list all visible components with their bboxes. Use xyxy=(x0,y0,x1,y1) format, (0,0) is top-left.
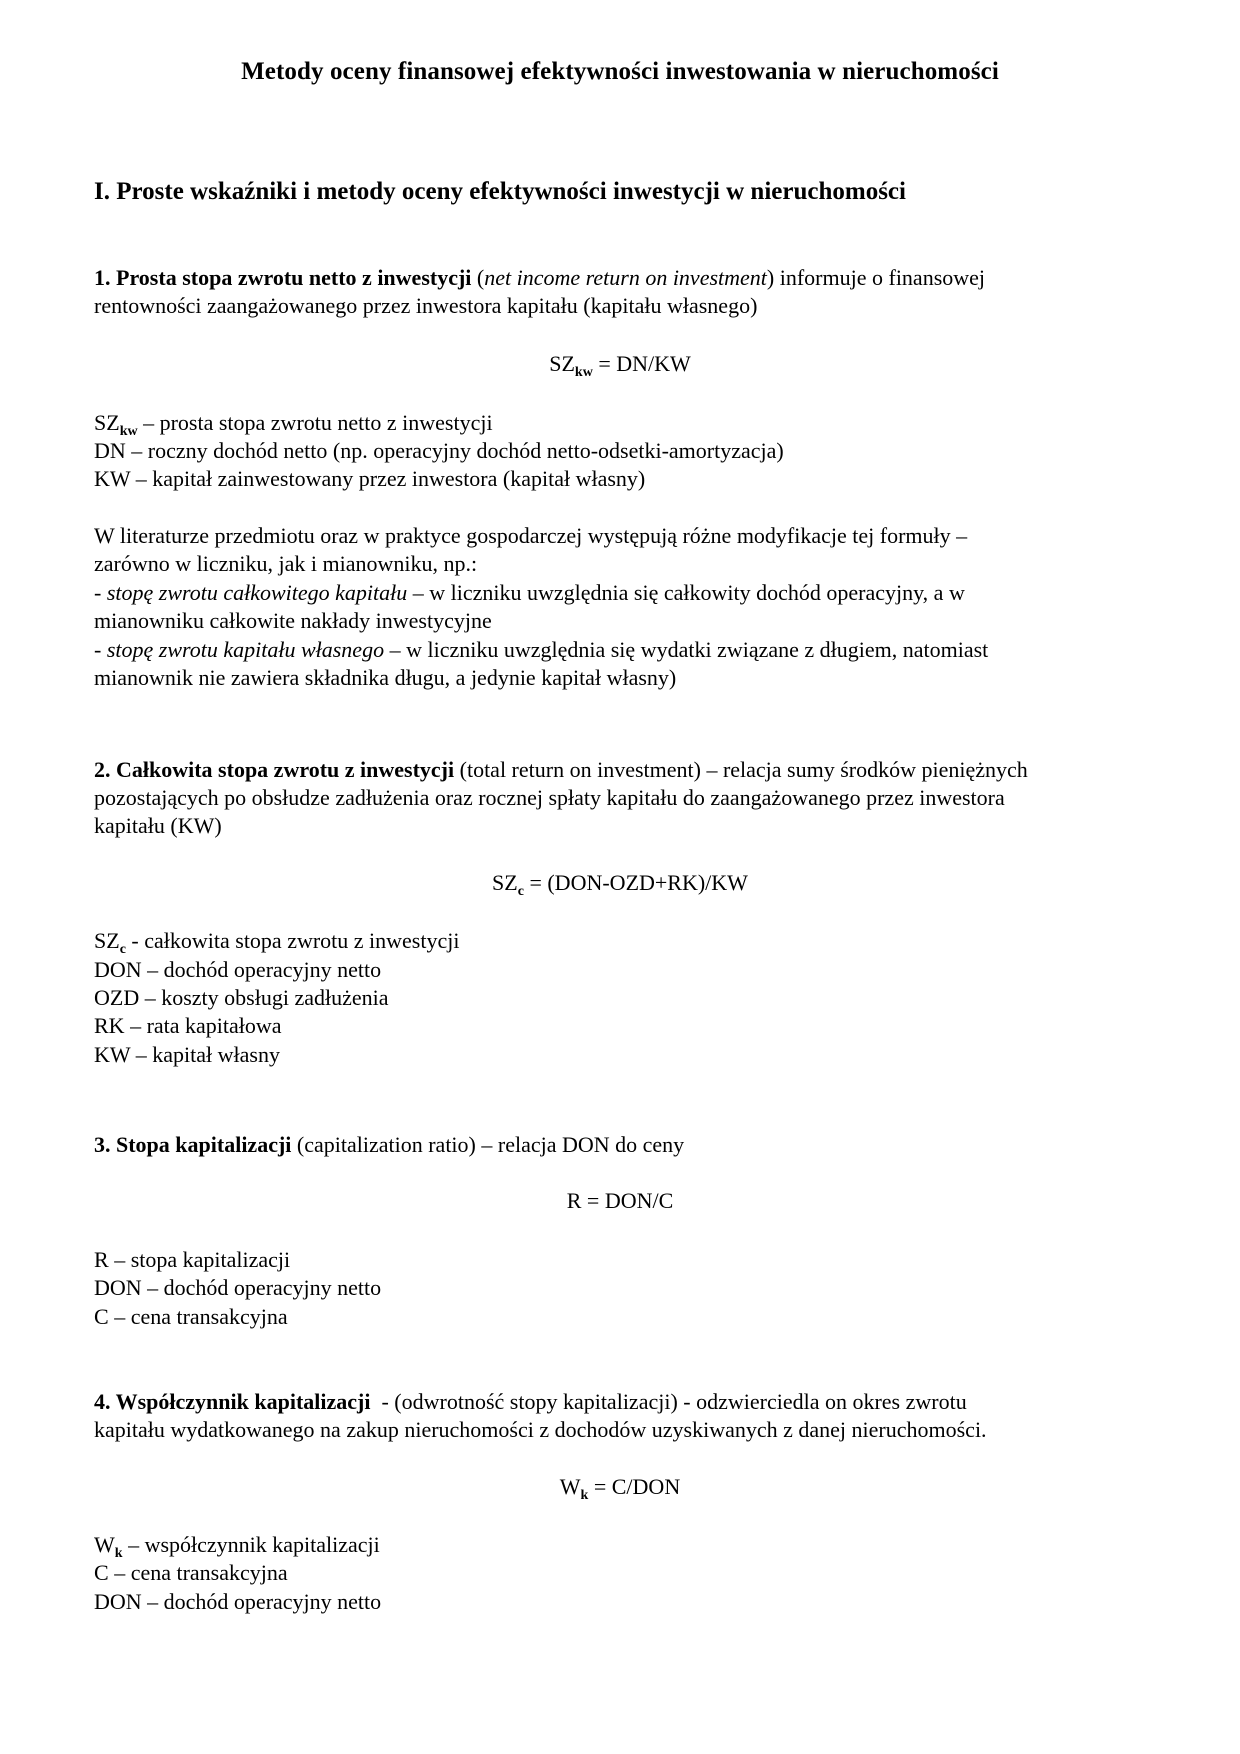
document-page: Metody oceny finansowej efektywności inw… xyxy=(0,0,1240,1754)
section-4-title: 4. Współczynnik kapitalizacji xyxy=(94,1389,370,1414)
section-2-intro-line: pozostających po obsłudze zadłużenia ora… xyxy=(94,784,1005,812)
section-2-intro-line: kapitału (KW) xyxy=(94,812,222,840)
notes-bullet: - stopę zwrotu całkowitego kapitału – w … xyxy=(94,579,965,607)
section-heading: I. Proste wskaźniki i metody oceny efekt… xyxy=(94,178,906,206)
section-1-formula: SZkw = DN/KW xyxy=(0,351,1240,381)
definition-item: DON – dochód operacyjny netto xyxy=(94,956,381,984)
section-4-intro-line: kapitału wydatkowanego na zakup nierucho… xyxy=(94,1416,987,1444)
definition-item: OZD – koszty obsługi zadłużenia xyxy=(94,984,389,1012)
definition-item: C – cena transakcyjna xyxy=(94,1303,288,1331)
section-3-formula: R = DON/C xyxy=(0,1188,1240,1214)
section-1-english-term: net income return on investment xyxy=(484,265,767,290)
definition-item: RK – rata kapitałowa xyxy=(94,1012,282,1040)
notes-paragraph: zarówno w liczniku, jak i mianowniku, np… xyxy=(94,550,477,578)
definition-item: DN – roczny dochód netto (np. operacyjny… xyxy=(94,437,784,465)
section-4-heading: 4. Współczynnik kapitalizacji - (odwrotn… xyxy=(94,1388,967,1416)
notes-bullet-continuation: mianowniku całkowite nakłady inwestycyjn… xyxy=(94,607,492,635)
definition-item: KW – kapitał zainwestowany przez inwesto… xyxy=(94,465,645,493)
document-title: Metody oceny finansowej efektywności inw… xyxy=(0,58,1240,86)
notes-bullet: - stopę zwrotu kapitału własnego – w lic… xyxy=(94,636,988,664)
section-3-heading: 3. Stopa kapitalizacji (capitalization r… xyxy=(94,1131,684,1159)
definition-item: DON – dochód operacyjny netto xyxy=(94,1588,381,1616)
section-1-title: 1. Prosta stopa zwrotu netto z inwestycj… xyxy=(94,265,471,290)
section-4-formula: Wk = C/DON xyxy=(0,1474,1240,1504)
section-1-heading: 1. Prosta stopa zwrotu netto z inwestycj… xyxy=(94,264,985,292)
notes-bullet-continuation: mianownik nie zawiera składnika długu, a… xyxy=(94,664,676,692)
definition-item: R – stopa kapitalizacji xyxy=(94,1246,290,1274)
notes-paragraph: W literaturze przedmiotu oraz w praktyce… xyxy=(94,522,967,550)
definition-item: DON – dochód operacyjny netto xyxy=(94,1274,381,1302)
section-2-title: 2. Całkowita stopa zwrotu z inwestycji xyxy=(94,757,454,782)
section-2-formula: SZc = (DON-OZD+RK)/KW xyxy=(0,870,1240,900)
section-3-title: 3. Stopa kapitalizacji xyxy=(94,1132,291,1157)
section-2-heading: 2. Całkowita stopa zwrotu z inwestycji (… xyxy=(94,756,1028,784)
definition-item: C – cena transakcyjna xyxy=(94,1559,288,1587)
definition-item: KW – kapitał własny xyxy=(94,1041,280,1069)
section-1-intro-line: rentowności zaangażowanego przez inwesto… xyxy=(94,292,757,320)
